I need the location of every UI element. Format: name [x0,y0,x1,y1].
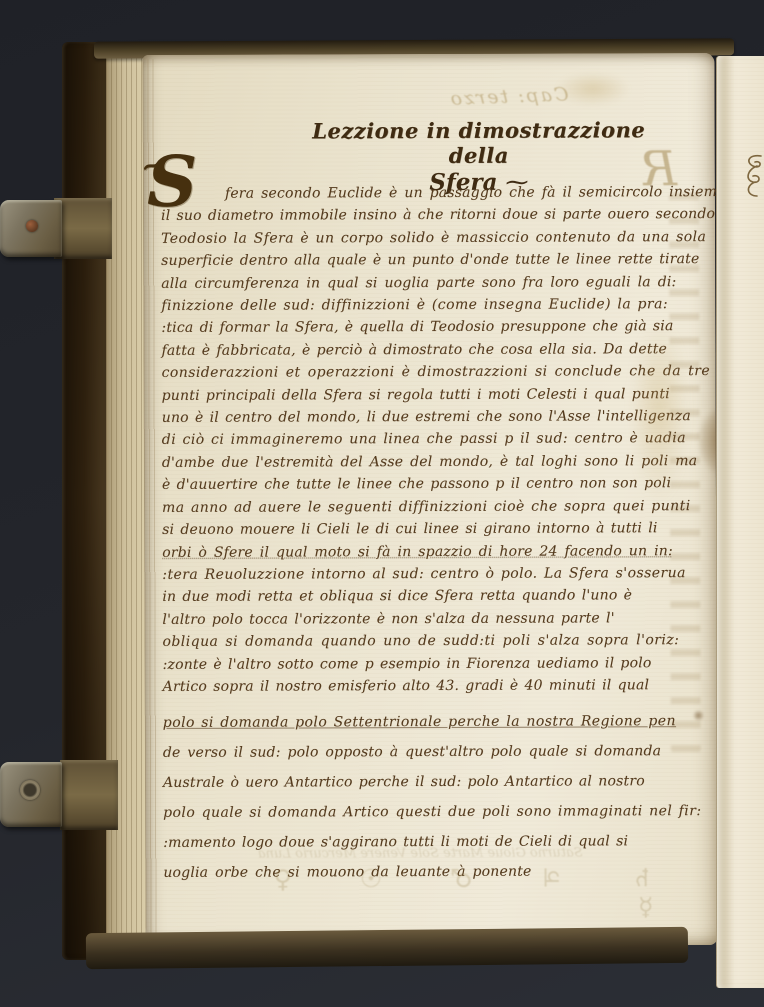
manuscript-text: fera secondo Euclide è un passaggio che … [161,181,685,888]
manuscript-page: Cap: terzo R Lezzione in dimostrazzione … [142,53,717,947]
ghost-planet-symbols: ♄ ♃ ♂ ☉ ♀ ☿ [193,863,653,923]
manuscript-line: polo si domanda polo Settentrionale perc… [163,706,685,738]
clasp-top [0,196,112,262]
clasp-strap [60,760,118,830]
facing-page [716,56,764,988]
book-bottom-edge [86,927,688,969]
manuscript-line: in due modi retta et obliqua si dice Sfe… [162,584,684,608]
manuscript-line: :zonte è l'altro sotto come p esempio in… [163,652,685,676]
manuscript-line: è d'auuertire che tutte le linee che pas… [162,472,684,496]
manuscript-line: l'altro polo tocca l'orizzonte è non s'a… [162,607,684,631]
manuscript-line: Artico sopra il nostro emisferio alto 43… [163,674,685,698]
clasp-bottom [0,758,118,834]
title-line-1: Lezzione in dimostrazzione della [311,117,647,168]
manuscript-line: fera secondo Euclide è un passaggio che … [161,181,683,205]
manuscript-line: di ciò ci immagineremo una linea che pas… [162,428,684,452]
clasp-strap [54,198,112,259]
manuscript-line: de verso il sud: polo opposto à quest'al… [163,736,685,768]
manuscript-line: Teodosio la Sfera è un corpo solido è ma… [161,226,683,250]
manuscript-line: Australe ò uero Antartico perche il sud:… [163,766,685,798]
clasp-rivet [20,780,40,800]
manuscript-line: si deuono mouere li Cieli le di cui line… [162,517,684,541]
manuscript-line: orbi ò Sfere il qual moto si fà in spazz… [162,540,684,564]
manuscript-line: alla circumferenza in qual si uoglia par… [161,271,683,295]
manuscript-line: d'ambe due l'estremità del Asse del mond… [162,450,684,474]
manuscript-line: finizzione delle sud: diffinizzioni è (c… [161,293,683,317]
manuscript-line: il suo diametro immobile insino à che ri… [161,204,683,228]
facing-page-flourish [741,152,764,200]
ghost-chapter-header: Cap: terzo [328,83,569,114]
manuscript-line: ma anno ad auere le seguenti diffinizzio… [162,495,684,519]
manuscript-line: punti principali della Sfera si regola t… [162,383,684,407]
manuscript-line: :tera Reuoluzzione intorno al sud: centr… [162,562,684,586]
manuscript-line: uno è il centro del mondo, li due estrem… [162,405,684,429]
clasp-rivet [26,220,38,232]
manuscript-line: polo quale si domanda Artico questi due … [163,796,685,828]
manuscript-line: considerazzioni et operazzioni è dimostr… [162,360,684,384]
manuscript-line: :tica di formar la Sfera, è quella di Te… [161,316,683,340]
photo-background: Cap: terzo R Lezzione in dimostrazzione … [0,0,764,1007]
ghost-footer-text: Saturno Gioue Marte Sole Venere Mercurio… [185,845,655,862]
manuscript-line: fatta è fabbricata, è perciò à dimostrat… [161,338,683,362]
manuscript-line: superficie dentro alla quale è un punto … [161,248,683,272]
manuscript-line: obliqua si domanda quando uno de sudd:ti… [162,629,684,653]
